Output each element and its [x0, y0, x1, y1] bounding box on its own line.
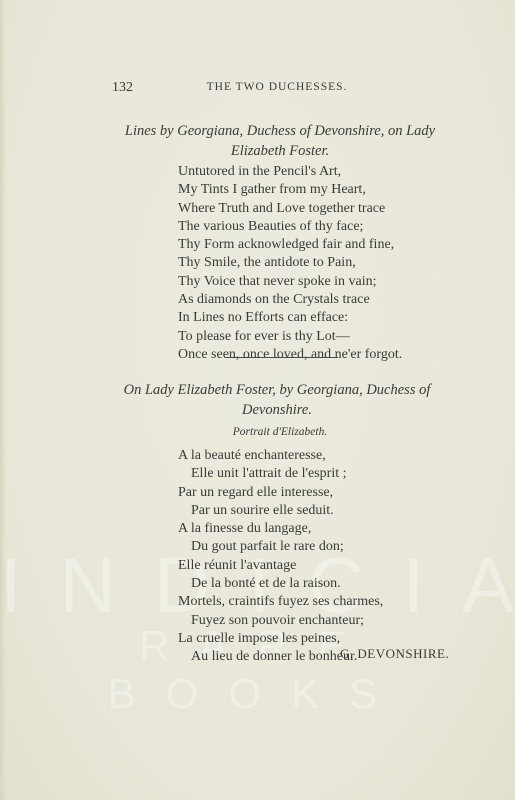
poem-line: Par un sourire elle seduit.: [178, 502, 383, 520]
signature: G. DEVONSHIRE.: [340, 646, 449, 662]
poem2-title: On Lady Elizabeth Foster, by Georgiana, …: [112, 380, 442, 420]
poem-line: To please for ever is thy Lot—: [178, 328, 402, 346]
poem-line: Elle unit l'attrait de l'esprit ;: [178, 465, 383, 483]
poem-line: My Tints I gather from my Heart,: [178, 181, 402, 199]
section-divider: [226, 357, 338, 358]
poem-line: Fuyez son pouvoir enchanteur;: [178, 612, 383, 630]
poem-line: De la bonté et de la raison.: [178, 575, 383, 593]
poem-line: Untutored in the Pencil's Art,: [178, 163, 402, 181]
poem-line: Elle réunit l'avantage: [178, 557, 383, 575]
poem-line: Mortels, craintifs fuyez ses charmes,: [178, 593, 383, 611]
poem-line: Thy Smile, the antidote to Pain,: [178, 254, 402, 272]
poem1-title: Lines by Georgiana, Duchess of Devonshir…: [100, 121, 460, 161]
running-title: THE TWO DUCHESSES.: [112, 81, 442, 93]
poem2-body: A la beauté enchanteresse, Elle unit l'a…: [178, 447, 383, 667]
poem-line: As diamonds on the Crystals trace: [178, 291, 402, 309]
poem-line: Par un regard elle interesse,: [178, 484, 383, 502]
poem1-body: Untutored in the Pencil's Art, My Tints …: [178, 163, 402, 364]
poem-line: Du gout parfait le rare don;: [178, 538, 383, 556]
poem-line: Thy Form acknowledged fair and fine,: [178, 236, 402, 254]
poem-line: The various Beauties of thy face;: [178, 218, 402, 236]
poem-line: A la finesse du langage,: [178, 520, 383, 538]
poem-line: In Lines no Efforts can efface:: [178, 309, 402, 327]
poem-line: Once seen, once loved, and ne'er forgot.: [178, 346, 402, 364]
poem-line: Thy Voice that never spoke in vain;: [178, 273, 402, 291]
poem2-subtitle: Portrait d'Elizabeth.: [100, 426, 460, 438]
book-page: INDICIA RARE BOOKS 132 THE TWO DUCHESSES…: [0, 0, 515, 800]
poem-line: A la beauté enchanteresse,: [178, 447, 383, 465]
poem-line: Where Truth and Love together trace: [178, 200, 402, 218]
